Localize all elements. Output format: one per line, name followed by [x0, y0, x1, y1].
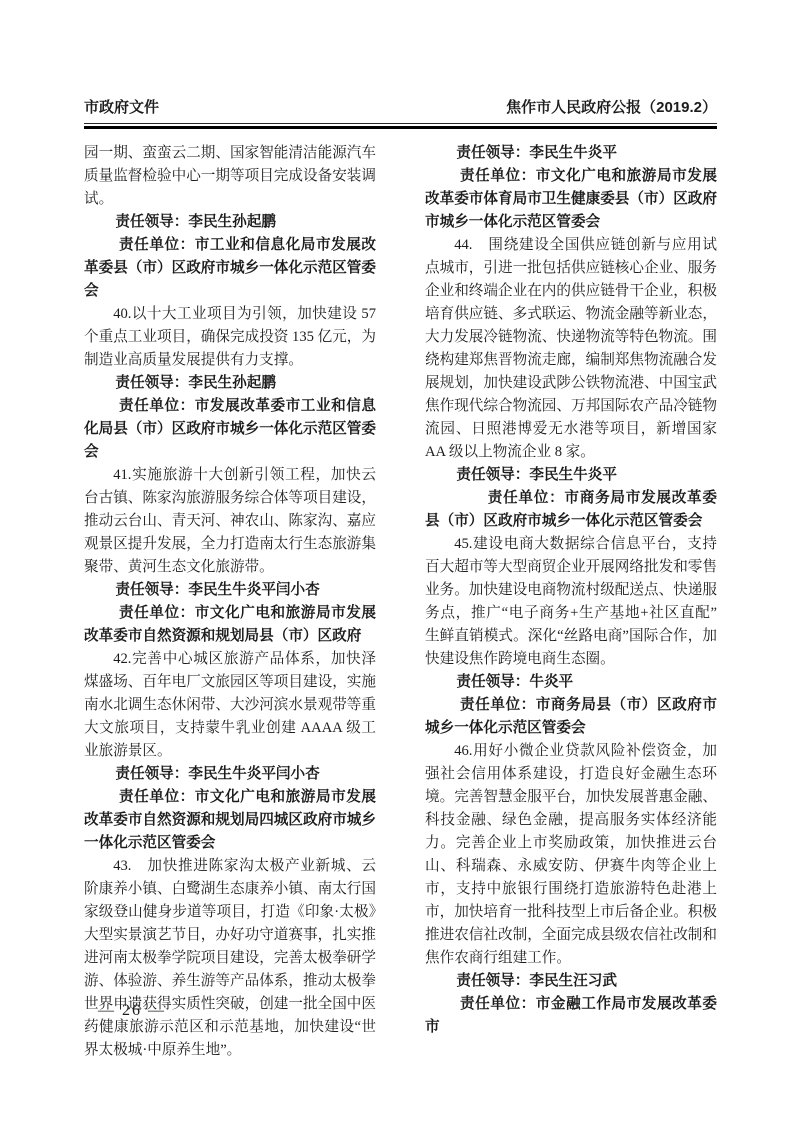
responsible-unit-line: 责任单位：市商务局县（市）区政府市城乡一体化示范区管委会: [425, 694, 717, 740]
content-columns: 园一期、蛮蛮云二期、国家智能清洁能源汽车质量监督检验中心一期等项目完成设备安装调…: [84, 142, 717, 1062]
gazette-page: 市政府文件 焦作市人民政府公报（2019.2） 园一期、蛮蛮云二期、国家智能清洁…: [0, 0, 793, 1122]
responsible-unit-line: 责任单位：市文化广电和旅游局市发展改革委市体育局市卫生健康委县（市）区政府市城乡…: [425, 165, 717, 234]
responsible-unit-line: 责任单位：市发展改革委市工业和信息化局县（市）区政府市城乡一体化示范区管委会: [84, 395, 376, 464]
responsible-leader-line: 责任领导：李民生牛炎平: [425, 142, 717, 165]
responsible-leader-line: 责任领导：李民生汪习武: [425, 970, 717, 993]
page-number: — 26 —: [98, 1002, 166, 1020]
paragraph: 41.实施旅游十大创新引领工程，加快云台古镇、陈家沟旅游服务综合体等项目建设，推…: [84, 464, 376, 579]
right-column: 责任领导：李民生牛炎平 责任单位：市文化广电和旅游局市发展改革委市体育局市卫生健…: [425, 142, 717, 1062]
paragraph: 40.以十大工业项目为引领，加快建设 57 个重点工业项目，确保完成投资 135…: [84, 303, 376, 372]
responsible-leader-line: 责任领导：李民生牛炎平闫小杏: [84, 579, 376, 602]
paragraph: 46.用好小微企业贷款风险补偿资金，加强社会信用体系建设，打造良好金融生态环境。…: [425, 740, 717, 970]
responsible-unit-line: 责任单位：市金融工作局市发展改革委市: [425, 993, 717, 1039]
left-column: 园一期、蛮蛮云二期、国家智能清洁能源汽车质量监督检验中心一期等项目完成设备安装调…: [84, 142, 376, 1062]
responsible-leader-line: 责任领导：牛炎平: [425, 671, 717, 694]
page-header: 市政府文件 焦作市人民政府公报（2019.2）: [84, 98, 717, 123]
header-section-title: 市政府文件: [84, 98, 159, 118]
paragraph: 42.完善中心城区旅游产品体系，加快泽煤盛场、百年电厂文旅园区等项目建设，实施南…: [84, 648, 376, 763]
responsible-leader-line: 责任领导：李民生牛炎平闫小杏: [84, 763, 376, 786]
paragraph: 45.建设电商大数据综合信息平台，支持百大超市等大型商贸企业开展网络批发和零售业…: [425, 533, 717, 671]
header-rule: [84, 123, 717, 129]
responsible-leader-line: 责任领导：李民生孙起鹏: [84, 211, 376, 234]
responsible-unit-line: 责任单位：市商务局市发展改革委县（市）区政府市城乡一体化示范区管委会: [425, 487, 717, 533]
header-gazette-title: 焦作市人民政府公报（2019.2）: [506, 98, 717, 118]
responsible-unit-line: 责任单位：市文化广电和旅游局市发展改革委市自然资源和规划局县（市）区政府: [84, 602, 376, 648]
responsible-leader-line: 责任领导：李民生孙起鹏: [84, 372, 376, 395]
paragraph: 园一期、蛮蛮云二期、国家智能清洁能源汽车质量监督检验中心一期等项目完成设备安装调…: [84, 142, 376, 211]
responsible-leader-line: 责任领导：李民生牛炎平: [425, 464, 717, 487]
responsible-unit-line: 责任单位：市工业和信息化局市发展改革委县（市）区政府市城乡一体化示范区管委会: [84, 234, 376, 303]
paragraph: 43. 加快推进陈家沟太极产业新城、云阶康养小镇、白鹭湖生态康养小镇、南太行国家…: [84, 855, 376, 1062]
responsible-unit-line: 责任单位：市文化广电和旅游局市发展改革委市自然资源和规划局四城区政府市城乡一体化…: [84, 786, 376, 855]
paragraph: 44. 围绕建设全国供应链创新与应用试点城市，引进一批包括供应链核心企业、服务企…: [425, 234, 717, 464]
